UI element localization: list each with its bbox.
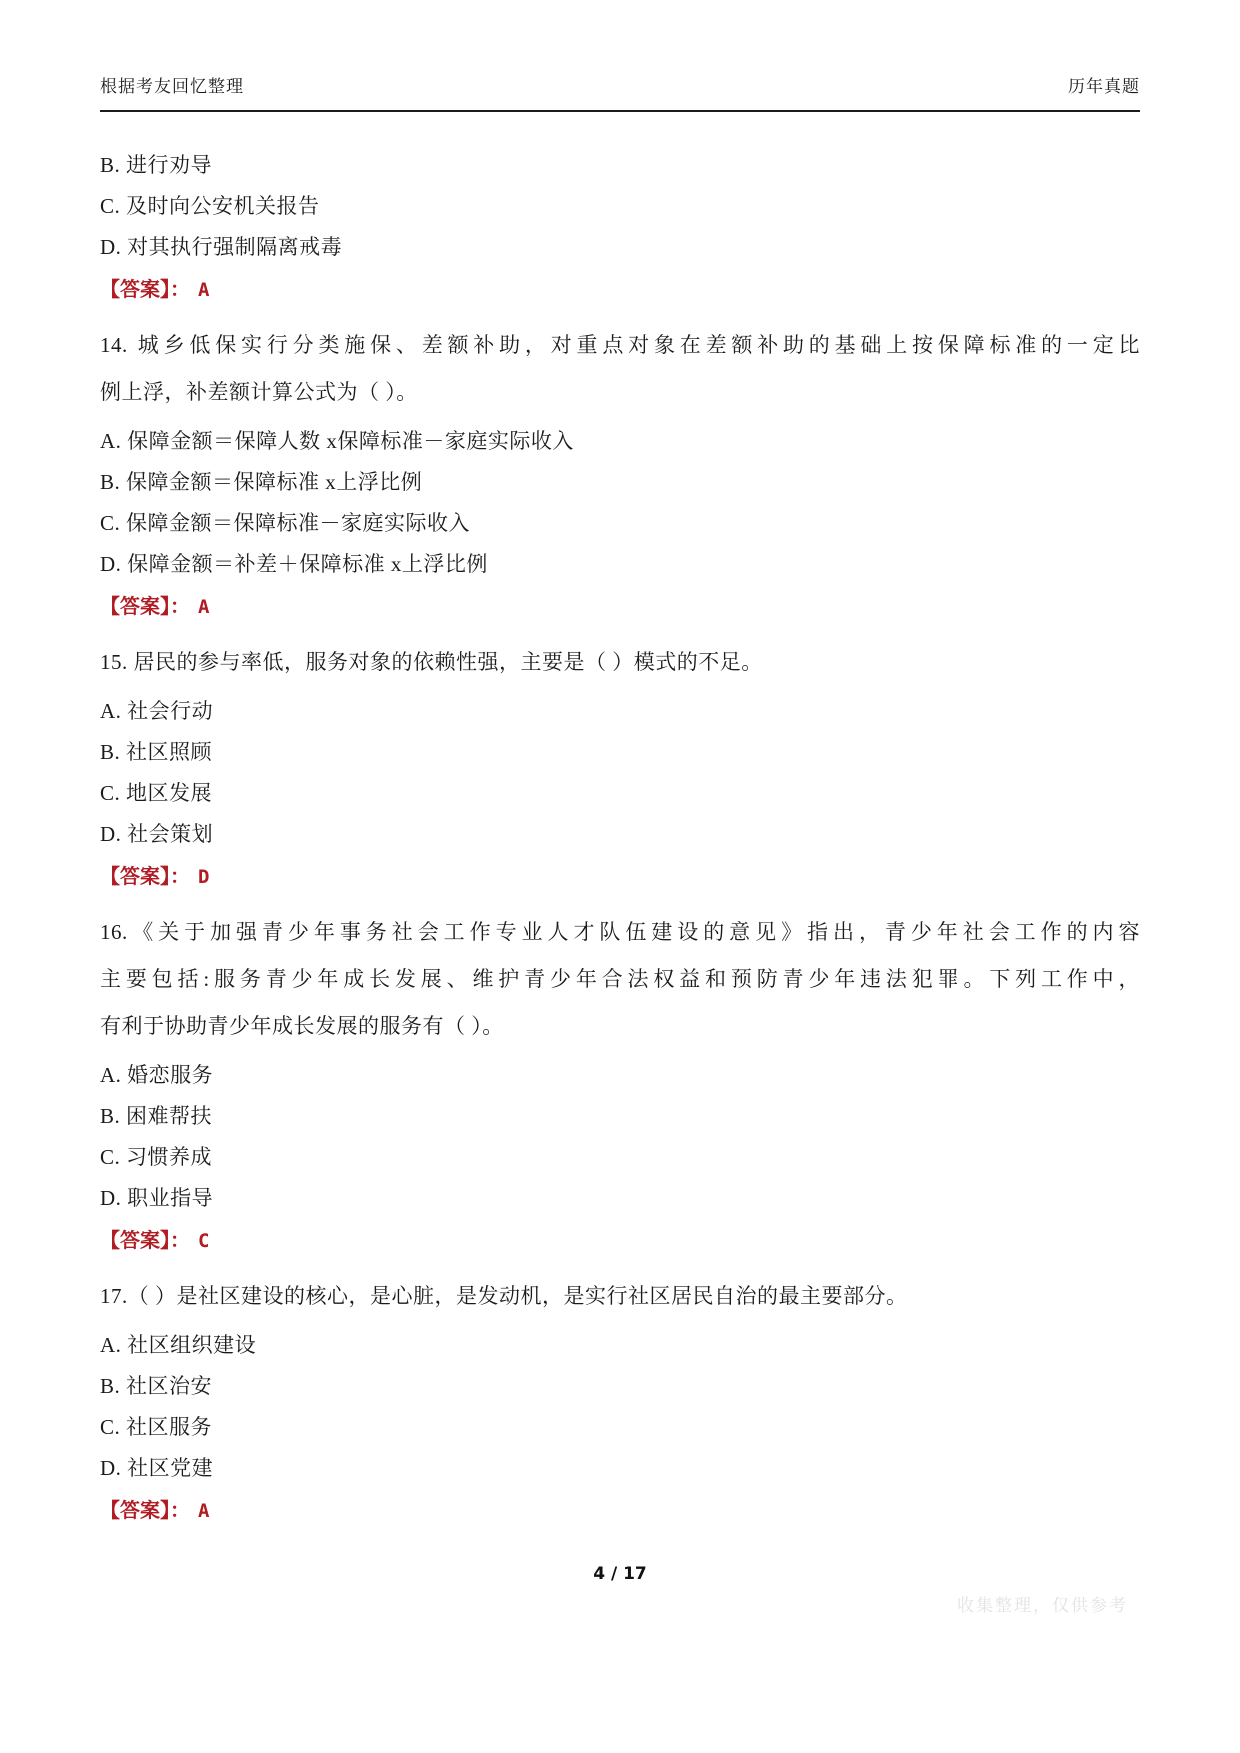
question-14-options: A. 保障金额＝保障人数 x保障标准－家庭实际收入 B. 保障金额＝保障标准 x… (100, 421, 1140, 585)
stem-line: 15. 居民的参与率低，服务对象的依赖性强，主要是（ ）模式的不足。 (100, 639, 1140, 686)
stem-line: 17.（ ）是社区建设的核心，是心脏，是发动机，是实行社区居民自治的最主要部分。 (100, 1273, 1140, 1320)
option-line: B. 困难帮扶 (100, 1096, 1140, 1137)
question-16-options: A. 婚恋服务 B. 困难帮扶 C. 习惯养成 D. 职业指导 (100, 1055, 1140, 1219)
question-16-stem: 16.《关于加强青少年事务社会工作专业人才队伍建设的意见》指出，青少年社会工作的… (100, 909, 1140, 1050)
question-block-17: 17.（ ）是社区建设的核心，是心脏，是发动机，是实行社区居民自治的最主要部分。… (100, 1273, 1140, 1533)
question-17-options: A. 社区组织建设 B. 社区治安 C. 社区服务 D. 社区党建 (100, 1325, 1140, 1489)
option-line: A. 社会行动 (100, 691, 1140, 732)
option-line: D. 社会策划 (100, 814, 1140, 855)
question-15-stem: 15. 居民的参与率低，服务对象的依赖性强，主要是（ ）模式的不足。 (100, 639, 1140, 686)
question-15-options: A. 社会行动 B. 社区照顾 C. 地区发展 D. 社会策划 (100, 691, 1140, 855)
answer-value: A (198, 1500, 209, 1522)
option-line: A. 社区组织建设 (100, 1325, 1140, 1366)
question-block-15: 15. 居民的参与率低，服务对象的依赖性强，主要是（ ）模式的不足。 A. 社会… (100, 639, 1140, 899)
option-line: C. 地区发展 (100, 773, 1140, 814)
answer-prefix: 【答案】： (100, 1500, 190, 1522)
answer-prefix: 【答案】： (100, 279, 190, 301)
answer-value: D (198, 866, 209, 888)
option-line: D. 职业指导 (100, 1178, 1140, 1219)
option-line: B. 进行劝导 (100, 145, 1140, 186)
answer-line: 【答案】：C (100, 1219, 1140, 1263)
option-line: A. 婚恋服务 (100, 1055, 1140, 1096)
header-left-text: 根据考友回忆整理 (100, 72, 244, 97)
option-line: A. 保障金额＝保障人数 x保障标准－家庭实际收入 (100, 421, 1140, 462)
page-header: 根据考友回忆整理 历年真题 (100, 0, 1140, 112)
answer-line: 【答案】：A (100, 268, 1140, 312)
stem-line: 有利于协助青少年成长发展的服务有（ ）。 (100, 1003, 1140, 1050)
answer-prefix: 【答案】： (100, 866, 190, 888)
question-block-14: 14. 城乡低保实行分类施保、差额补助，对重点对象在差额补助的基础上按保障标准的… (100, 322, 1140, 629)
question-14-stem: 14. 城乡低保实行分类施保、差额补助，对重点对象在差额补助的基础上按保障标准的… (100, 322, 1140, 416)
document-page: 根据考友回忆整理 历年真题 B. 进行劝导 C. 及时向公安机关报告 D. 对其… (0, 0, 1240, 1753)
option-line: D. 对其执行强制隔离戒毒 (100, 227, 1140, 268)
option-line: C. 及时向公安机关报告 (100, 186, 1140, 227)
option-line: B. 保障金额＝保障标准 x上浮比例 (100, 462, 1140, 503)
option-line: C. 保障金额＝保障标准－家庭实际收入 (100, 503, 1140, 544)
page-content: B. 进行劝导 C. 及时向公安机关报告 D. 对其执行强制隔离戒毒 【答案】：… (100, 112, 1140, 1533)
footer-watermark: 收集整理，仅供参考 (957, 1591, 1128, 1616)
answer-value: C (198, 1230, 209, 1252)
answer-prefix: 【答案】： (100, 596, 190, 618)
answer-prefix: 【答案】： (100, 1230, 190, 1252)
answer-line: 【答案】：D (100, 855, 1140, 899)
answer-line: 【答案】：A (100, 1489, 1140, 1533)
answer-value: A (198, 596, 209, 618)
answer-value: A (198, 279, 209, 301)
option-line: D. 保障金额＝补差＋保障标准 x上浮比例 (100, 544, 1140, 585)
question-13-options: B. 进行劝导 C. 及时向公安机关报告 D. 对其执行强制隔离戒毒 (100, 145, 1140, 268)
answer-line: 【答案】：A (100, 585, 1140, 629)
option-line: B. 社区治安 (100, 1366, 1140, 1407)
option-line: B. 社区照顾 (100, 732, 1140, 773)
question-block-13: B. 进行劝导 C. 及时向公安机关报告 D. 对其执行强制隔离戒毒 【答案】：… (100, 145, 1140, 312)
option-line: C. 社区服务 (100, 1407, 1140, 1448)
stem-line: 14. 城乡低保实行分类施保、差额补助，对重点对象在差额补助的基础上按保障标准的… (100, 322, 1140, 369)
option-line: C. 习惯养成 (100, 1137, 1140, 1178)
header-right-text: 历年真题 (1068, 72, 1140, 97)
stem-line: 主要包括:服务青少年成长发展、维护青少年合法权益和预防青少年违法犯罪。下列工作中… (100, 956, 1140, 1003)
stem-line: 16.《关于加强青少年事务社会工作专业人才队伍建设的意见》指出，青少年社会工作的… (100, 909, 1140, 956)
question-block-16: 16.《关于加强青少年事务社会工作专业人才队伍建设的意见》指出，青少年社会工作的… (100, 909, 1140, 1263)
stem-line: 例上浮，补差额计算公式为（ ）。 (100, 369, 1140, 416)
option-line: D. 社区党建 (100, 1448, 1140, 1489)
question-17-stem: 17.（ ）是社区建设的核心，是心脏，是发动机，是实行社区居民自治的最主要部分。 (100, 1273, 1140, 1320)
footer-page-number: 4 / 17 (0, 1564, 1240, 1584)
